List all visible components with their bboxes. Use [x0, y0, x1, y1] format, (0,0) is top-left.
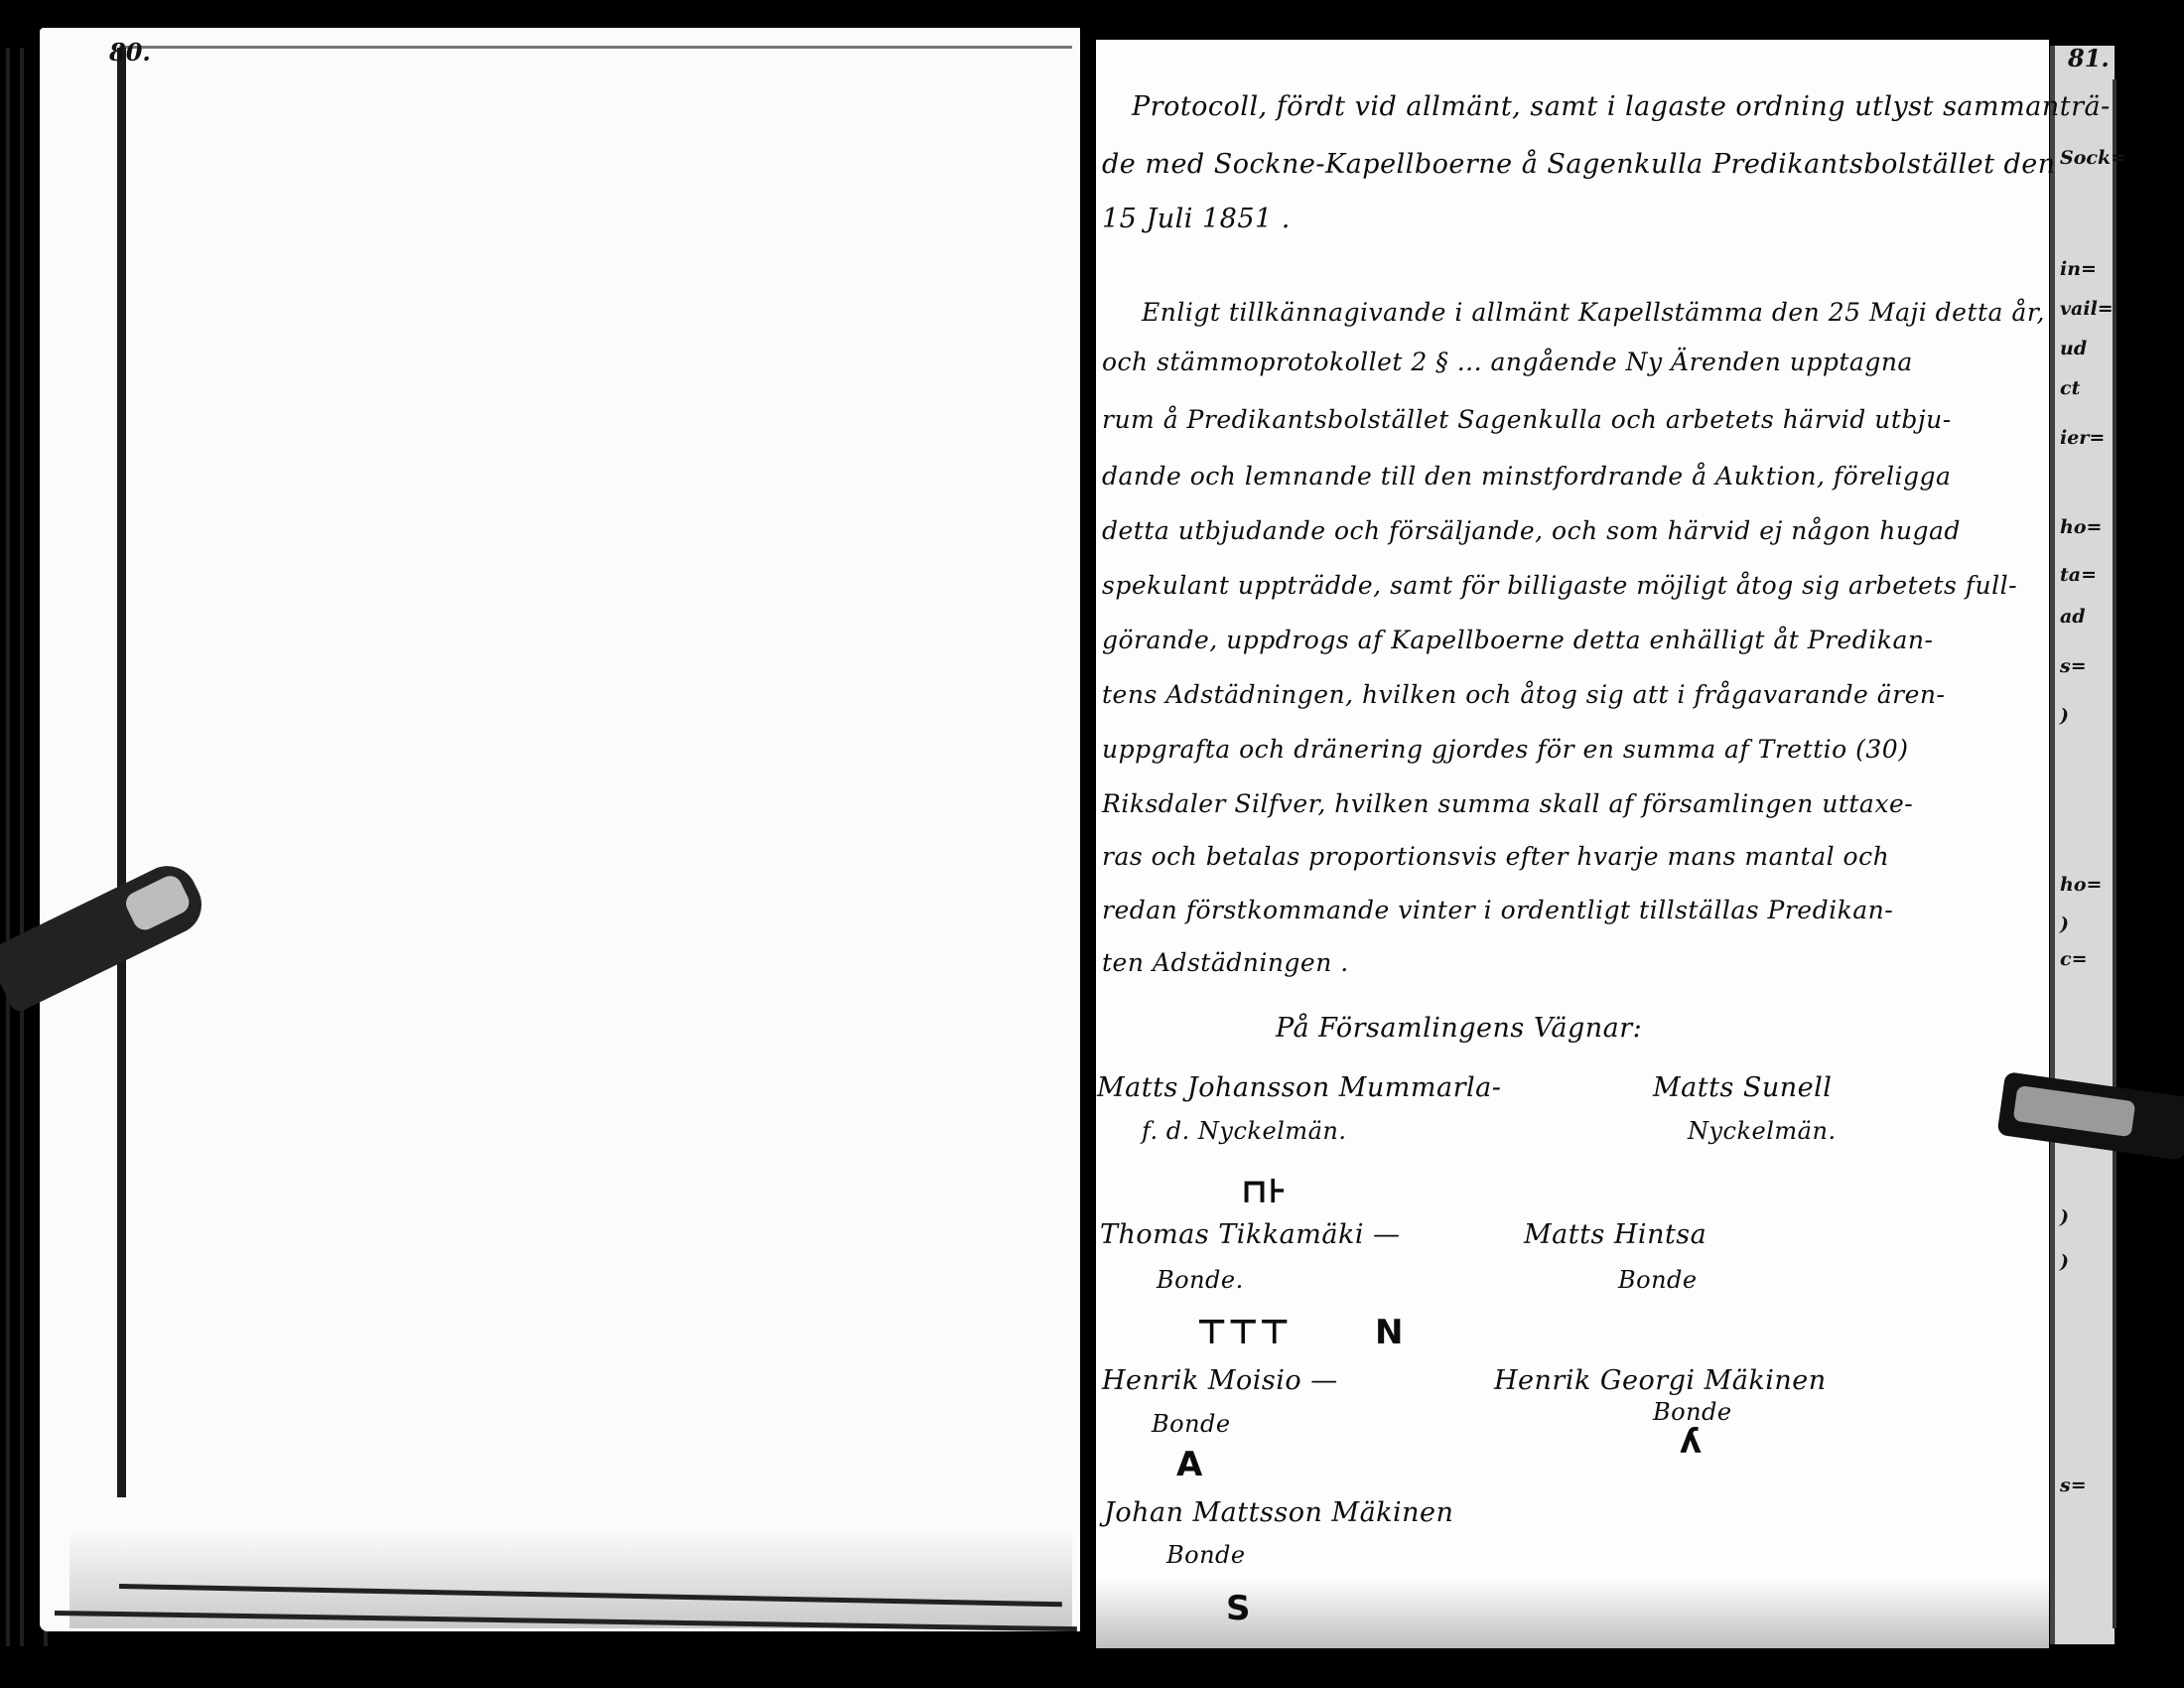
left-top-rule	[119, 46, 1072, 49]
body-line: tens Adstädningen, hvilken och åtog sig …	[1102, 680, 1945, 709]
signature-role: f. d. Nyckelmän.	[1142, 1117, 1346, 1145]
body-line: detta utbjudande och försäljande, och so…	[1102, 516, 1961, 545]
right-page-number: 81.	[2068, 44, 2110, 72]
signature-name: Matts Johansson Mummarla-	[1097, 1072, 1501, 1103]
right-margin-column	[2050, 46, 2115, 1644]
signature-mark: ꓢ	[1226, 1589, 1251, 1628]
margin-note: ad	[2060, 606, 2086, 628]
body-line: rum å Predikantsbolstället Sagenkulla oc…	[1102, 405, 1952, 434]
margin-note: s=	[2060, 655, 2087, 677]
body-line: görande, uppdrogs af Kapellboerne detta …	[1102, 626, 1933, 654]
body-line: Enligt tillkännagivande i allmänt Kapell…	[1142, 298, 2045, 327]
signature-name: Henrik Moisio —	[1102, 1365, 1338, 1396]
margin-note: vail=	[2060, 298, 2114, 320]
left-page-number: 80.	[109, 38, 151, 67]
right-margin-rule	[2050, 46, 2055, 1644]
margin-note: )	[2060, 1251, 2069, 1273]
heading-line: Protocoll, fördt vid allmänt, samt i lag…	[1132, 91, 2111, 122]
signature-name: Johan Mattsson Mäkinen	[1104, 1497, 1453, 1528]
margin-note: ta=	[2060, 564, 2097, 586]
signature-name: Matts Sunell	[1653, 1072, 1832, 1103]
signature-mark: ⊓⊦	[1241, 1172, 1288, 1211]
margin-note: ho=	[2060, 874, 2102, 896]
body-line: och stämmoprotokollet 2 § ... angående N…	[1102, 348, 1913, 376]
scanned-book-spread: 80. 81. Protocoll, fördt vid allmänt, sa…	[0, 0, 2184, 1688]
left-margin-rule	[117, 48, 126, 1497]
signature-role: Bonde.	[1157, 1266, 1244, 1294]
signature-mark: ⊤⊤⊤	[1196, 1313, 1291, 1352]
margin-note: c=	[2060, 948, 2088, 970]
signature-name: Matts Hintsa	[1524, 1219, 1706, 1250]
heading-line: de med Sockne-Kapellboerne å Sagenkulla …	[1102, 149, 2056, 180]
signature-mark: ʎ	[1680, 1422, 1703, 1462]
body-line: dande och lemnande till den minstfordran…	[1102, 462, 1951, 491]
signature-role: Bonde	[1618, 1266, 1698, 1294]
margin-note: ct	[2060, 377, 2080, 399]
signature-mark: A	[1176, 1445, 1203, 1484]
heading-date: 15 Juli 1851 .	[1102, 204, 1291, 234]
margin-note: Sock=	[2060, 147, 2126, 169]
body-line: spekulant uppträdde, samt för billigaste…	[1102, 571, 2017, 600]
signature-mark: N	[1375, 1313, 1404, 1352]
body-line: Riksdaler Silfver, hvilken summa skall a…	[1102, 789, 1913, 818]
signature-role: Bonde	[1152, 1410, 1231, 1438]
body-line: redan förstkommande vinter i ordentligt …	[1102, 896, 1893, 924]
body-line: uppgrafta och dränering gjordes för en s…	[1102, 735, 1908, 764]
margin-note: in=	[2060, 258, 2097, 280]
margin-note: )	[2060, 1206, 2069, 1228]
margin-note: ier=	[2060, 427, 2105, 449]
signature-name: Thomas Tikkamäki —	[1100, 1219, 1401, 1250]
body-line: ten Adstädningen .	[1102, 948, 1349, 977]
signature-role: Nyckelmän.	[1688, 1117, 1837, 1145]
signature-name: Henrik Georgi Mäkinen	[1494, 1365, 1827, 1396]
left-page	[40, 28, 1082, 1631]
margin-note: ud	[2060, 338, 2087, 359]
body-line: ras och betalas proportionsvis efter hva…	[1102, 842, 1889, 871]
signature-role: Bonde	[1166, 1541, 1246, 1569]
margin-note: )	[2060, 914, 2069, 935]
margin-note: s=	[2060, 1475, 2087, 1496]
signatures-heading: På Församlingens Vägnar:	[1276, 1013, 1642, 1044]
margin-note: ho=	[2060, 516, 2102, 538]
margin-note: )	[2060, 705, 2069, 727]
